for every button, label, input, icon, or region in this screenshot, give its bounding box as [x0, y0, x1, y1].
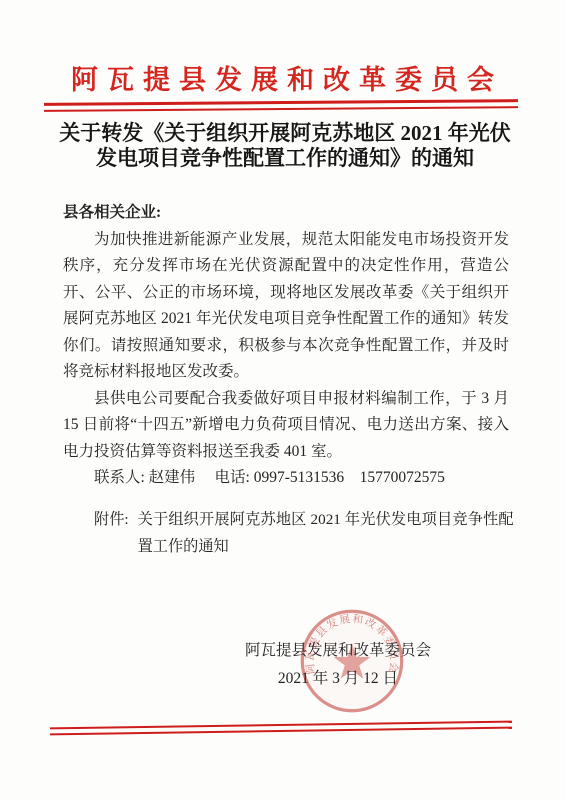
attachment-title: 关于组织开展阿克苏地区 2021 年光伏发电项目竞争性配置工作的通知	[138, 506, 514, 560]
signature-date: 2021 年 3 月 12 日	[244, 665, 432, 693]
attachment-label: 附件:	[94, 506, 129, 560]
letterhead-divider-line	[44, 99, 518, 112]
document-title: 关于转发《关于组织开展阿克苏地区 2021 年光伏 发电项目竞争性配置工作的通知…	[40, 121, 530, 171]
signature-block: 阿瓦提县发展和改革委员会 2021 年 3 月 12 日	[244, 637, 432, 693]
salutation: 县各相关企业:	[63, 200, 509, 227]
letterhead-agency-name: 阿瓦提县发展和改革委员会	[0, 58, 565, 97]
attachment-row: 附件: 关于组织开展阿克苏地区 2021 年光伏发电项目竞争性配置工作的通知	[94, 506, 514, 560]
body-paragraph-2: 县供电公司要配合我委做好项目申报材料编制工作，于 3 月 15 日前将“十四五”…	[63, 386, 509, 466]
body-paragraph-1: 为加快推进新能源产业发展，规范太阳能发电市场投资开发秩序，充分发挥市场在光伏资源…	[63, 227, 509, 386]
document-title-line2: 发电项目竞争性配置工作的通知》的通知	[40, 146, 530, 171]
document-body: 县各相关企业: 为加快推进新能源产业发展，规范太阳能发电市场投资开发秩序，充分发…	[63, 200, 509, 492]
document-title-line1: 关于转发《关于组织开展阿克苏地区 2021 年光伏	[40, 121, 530, 146]
contact-info: 联系人: 赵建伟 电话: 0997-5131536 15770072575	[63, 465, 509, 492]
signature-agency: 阿瓦提县发展和改革委员会	[244, 637, 432, 665]
document-page: 阿瓦提县发展和改革委员会 关于转发《关于组织开展阿克苏地区 2021 年光伏 发…	[0, 0, 565, 800]
